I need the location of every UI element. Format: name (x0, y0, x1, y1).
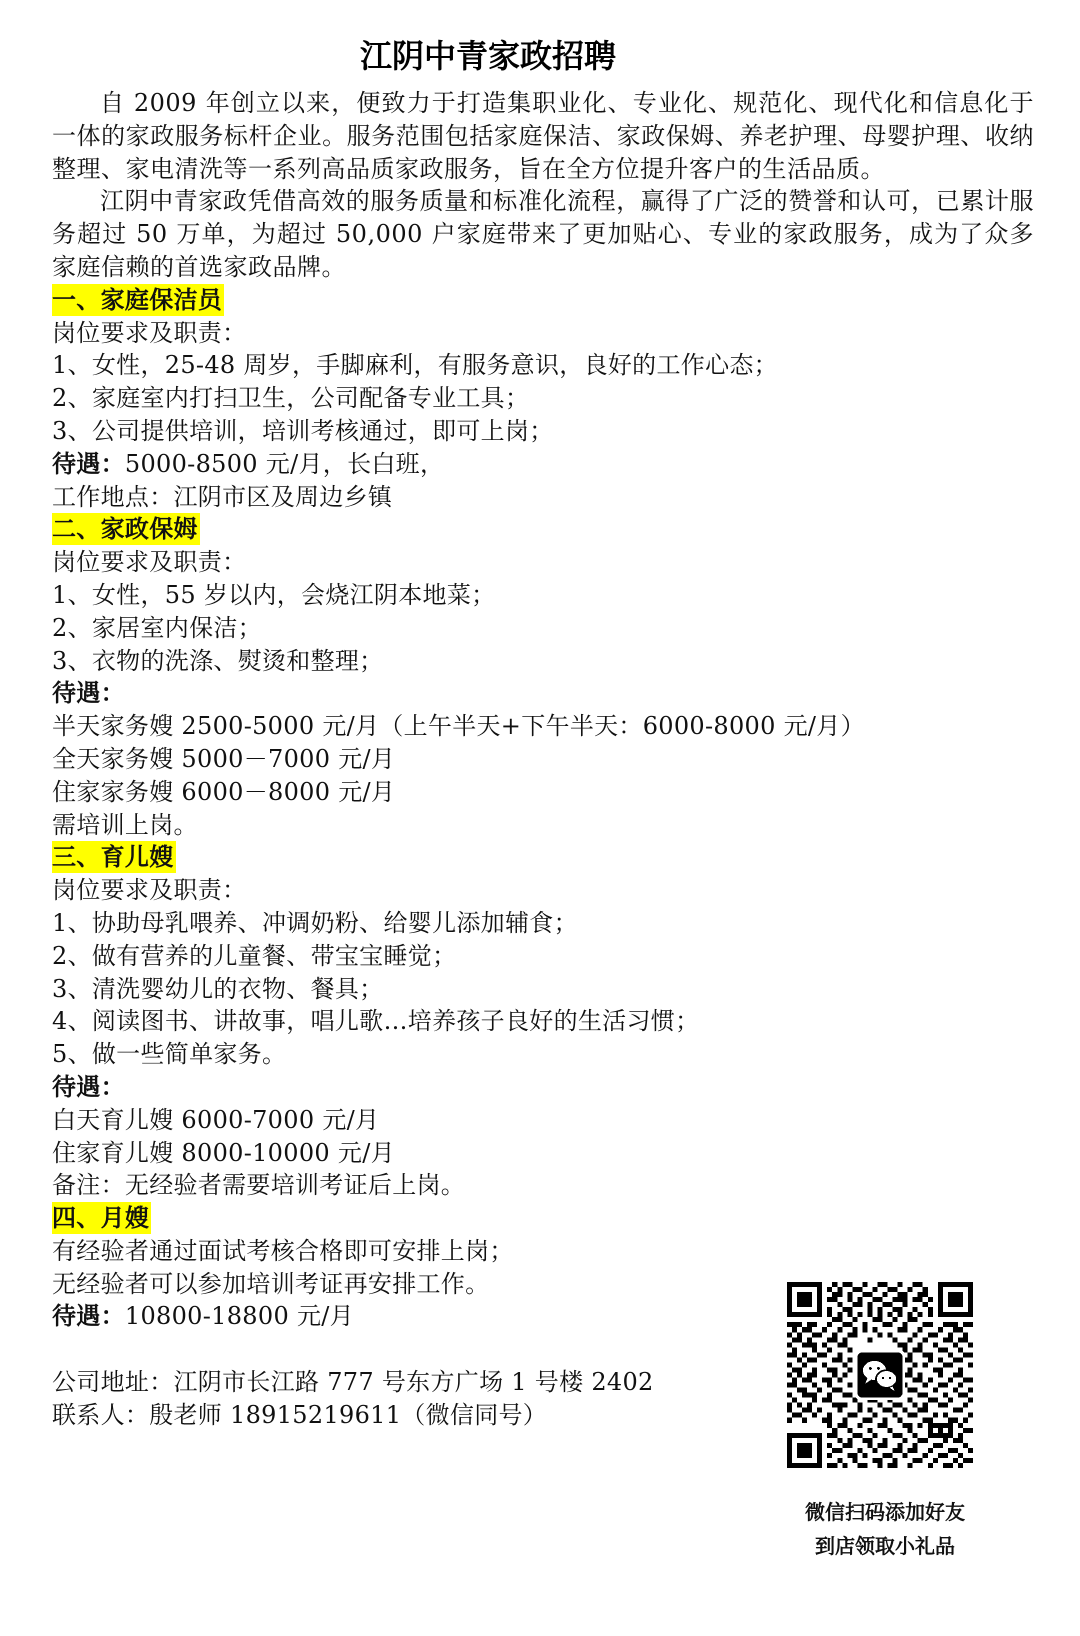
pay-value: 10800-18800 元/月 (125, 1302, 354, 1330)
pay-label: 待遇： (52, 450, 125, 478)
pay-line: 住家家务嫂 6000－8000 元/月 (52, 776, 1034, 809)
pay-line: 白天育儿嫂 6000-7000 元/月 (52, 1104, 1034, 1137)
qr-caption: 微信扫码添加好友 到店领取小礼品 (740, 1495, 1030, 1563)
page-title: 江阴中青家政招聘 (0, 34, 1028, 78)
section-1: 一、家庭保洁员 (52, 284, 1034, 317)
training-note: 需培训上岗。 (52, 809, 1034, 842)
list-item: 3、衣物的洗涤、熨烫和整理； (52, 645, 1034, 678)
pay-line: 待遇：5000-8500 元/月，长白班， (52, 448, 1034, 481)
qr-code-icon (787, 1282, 973, 1468)
wechat-icon (855, 1350, 905, 1400)
list-item: 2、家庭室内打扫卫生，公司配备专业工具； (52, 382, 1034, 415)
intro-paragraph-2: 江阴中青家政凭借高效的服务质量和标准化流程，赢得了广泛的赞誉和认可，已累计服务超… (52, 185, 1034, 283)
pay-value: 5000-8500 元/月，长白班， (125, 450, 444, 478)
pay-line: 半天家务嫂 2500-5000 元/月（上午半天+下午半天：6000-8000 … (52, 710, 1034, 743)
section-3: 三、育儿嫂 (52, 841, 1034, 874)
requirements-label: 岗位要求及职责： (52, 317, 1034, 350)
list-item: 1、女性，25-48 周岁，手脚麻利，有服务意识，良好的工作心态； (52, 349, 1034, 382)
requirements-label: 岗位要求及职责： (52, 546, 1034, 579)
section-2: 二、家政保姆 (52, 513, 1034, 546)
section-heading: 一、家庭保洁员 (52, 284, 224, 316)
intro-paragraph-1: 自 2009 年创立以来，便致力于打造集职业化、专业化、规范化、现代化和信息化于… (52, 87, 1034, 185)
pay-label: 待遇： (52, 677, 1034, 710)
pay-line: 住家育儿嫂 8000-10000 元/月 (52, 1137, 1034, 1170)
list-item: 3、清洗婴幼儿的衣物、餐具； (52, 973, 1034, 1006)
list-item: 2、家居室内保洁； (52, 612, 1034, 645)
section-heading: 二、家政保姆 (52, 513, 200, 545)
wechat-qr-code[interactable] (787, 1282, 987, 1468)
qr-caption-line-2: 到店领取小礼品 (740, 1529, 1030, 1563)
remark-note: 备注：无经验者需要培训考证后上岗。 (52, 1169, 1034, 1202)
section-4: 四、月嫂 (52, 1202, 1034, 1235)
list-item: 3、公司提供培训，培训考核通过，即可上岗； (52, 415, 1034, 448)
qr-caption-line-1: 微信扫码添加好友 (740, 1495, 1030, 1529)
list-item: 2、做有营养的儿童餐、带宝宝睡觉； (52, 940, 1034, 973)
list-item: 有经验者通过面试考核合格即可安排上岗； (52, 1235, 1034, 1268)
work-location: 工作地点：江阴市区及周边乡镇 (52, 481, 1034, 514)
requirements-label: 岗位要求及职责： (52, 874, 1034, 907)
pay-line: 全天家务嫂 5000－7000 元/月 (52, 743, 1034, 776)
list-item: 1、女性，55 岁以内，会烧江阴本地菜； (52, 579, 1034, 612)
list-item: 1、协助母乳喂养、冲调奶粉、给婴儿添加辅食； (52, 907, 1034, 940)
pay-label: 待遇： (52, 1302, 125, 1330)
list-item: 5、做一些简单家务。 (52, 1038, 1034, 1071)
pay-label: 待遇： (52, 1071, 1034, 1104)
section-heading: 三、育儿嫂 (52, 841, 176, 873)
list-item: 4、阅读图书、讲故事，唱儿歌…培养孩子良好的生活习惯； (52, 1005, 1034, 1038)
body-text: 自 2009 年创立以来，便致力于打造集职业化、专业化、规范化、现代化和信息化于… (52, 87, 1034, 1432)
section-heading: 四、月嫂 (52, 1202, 151, 1234)
